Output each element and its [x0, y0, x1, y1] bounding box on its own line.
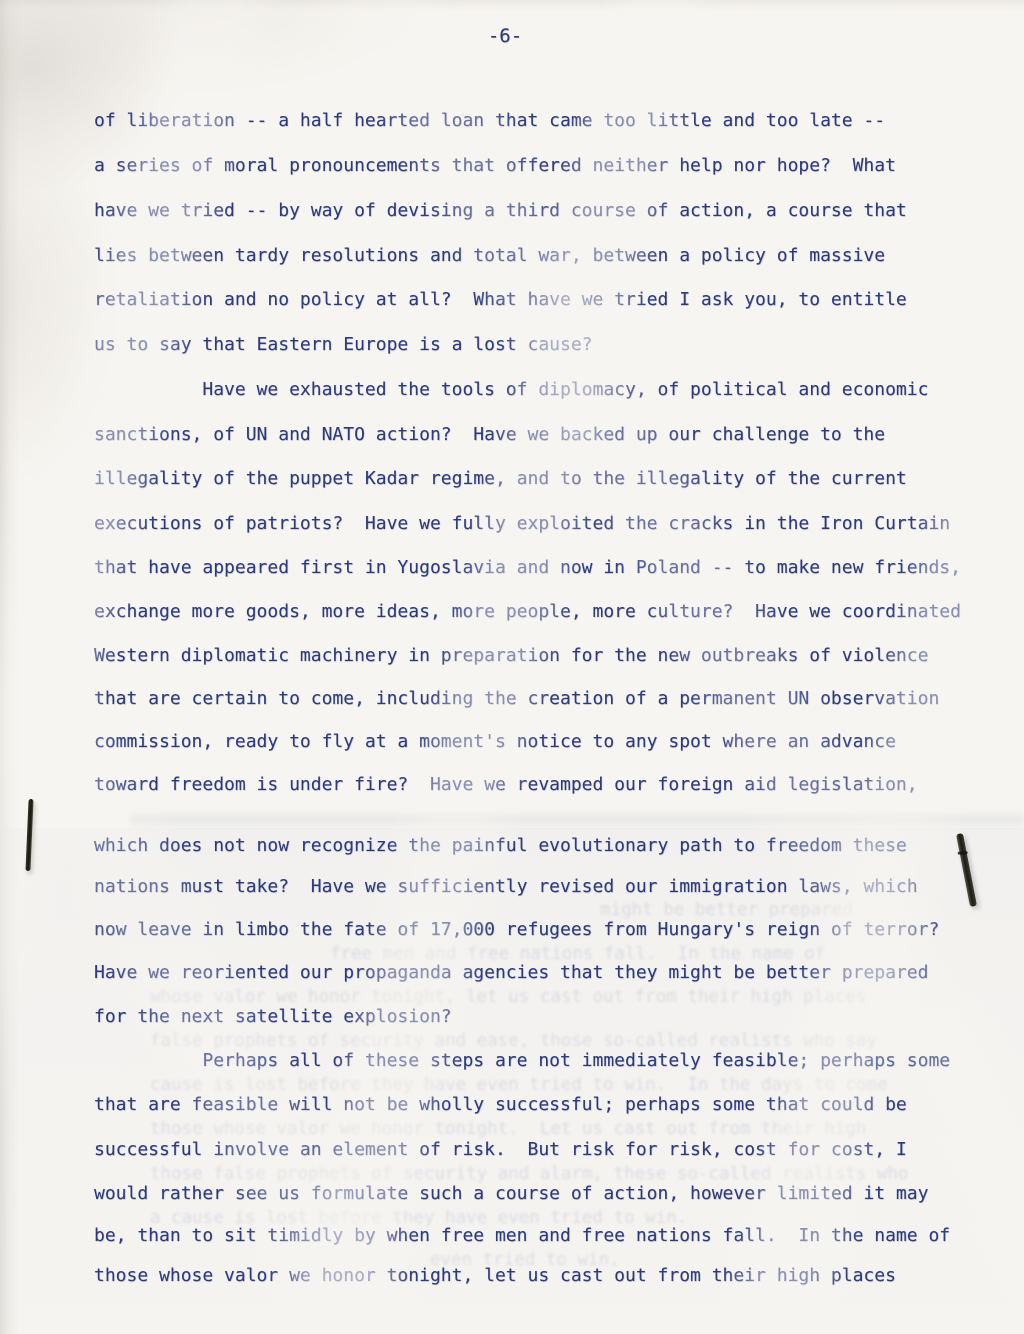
bleedthrough-ghost-line: those false prophets of security and ala…: [150, 1163, 909, 1185]
typed-line: Have we exhausted the tools of diplomacy…: [94, 379, 928, 401]
typed-line: which does not now recognize the painful…: [94, 835, 907, 857]
staple-right-icon: [956, 833, 977, 907]
typed-line: sanctions, of UN and NATO action? Have w…: [94, 424, 885, 446]
typed-line: us to say that Eastern Europe is a lost …: [94, 334, 593, 356]
typed-line: would rather see us formulate such a cou…: [94, 1183, 928, 1205]
typed-line: executions of patriots? Have we fully ex…: [94, 513, 950, 535]
photo-seam-lower-tint: [0, 828, 1024, 1334]
typed-line: retaliation and no policy at all? What h…: [94, 289, 907, 311]
typed-line: toward freedom is under fire? Have we re…: [94, 774, 918, 796]
typed-line: have we tried -- by way of devising a th…: [94, 200, 907, 222]
typed-line: that are certain to come, including the …: [94, 688, 939, 710]
typed-line: Western diplomatic machinery in preparat…: [94, 645, 928, 667]
page-number: -6-: [0, 25, 1010, 47]
bleedthrough-ghost-line: might be better prepared: [600, 899, 853, 921]
typed-line: that have appeared first in Yugoslavia a…: [94, 557, 961, 579]
bleedthrough-ghost-line: cause is lost before they have even trie…: [150, 1074, 888, 1096]
bleedthrough-ghost-line: whose valor we honor tonight, let us cas…: [150, 986, 866, 1008]
typed-line: lies between tardy resolutions and total…: [94, 245, 885, 267]
bleedthrough-ghost-line: those whose valor we honor tonight. Let …: [150, 1118, 866, 1140]
typed-line: illegality of the puppet Kadar regime, a…: [94, 468, 907, 490]
typed-line: be, than to sit timidly by when free men…: [94, 1225, 950, 1247]
typed-line: of liberation -- a half hearted loan tha…: [94, 110, 885, 132]
typed-line: that are feasible will not be wholly suc…: [94, 1094, 907, 1116]
typed-line: now leave in limbo the fate of 17,000 re…: [94, 919, 939, 941]
typed-line: commission, ready to fly at a moment's n…: [94, 731, 896, 753]
typed-line: exchange more goods, more ideas, more pe…: [94, 601, 961, 623]
typed-line: Perhaps all of these steps are not immed…: [94, 1050, 950, 1072]
document-page: -6- of liberation -- a half hearted loan…: [0, 0, 1024, 1334]
bleedthrough-ghost-line: false prophets of security and ease, tho…: [150, 1030, 877, 1052]
typed-line: successful involve an element of risk. B…: [94, 1139, 907, 1161]
typed-line: for the next satellite explosion?: [94, 1006, 452, 1028]
typed-line: Have we reoriented our propaganda agenci…: [94, 962, 928, 984]
typed-line: those whose valor we honor tonight, let …: [94, 1265, 896, 1287]
photo-seam-band: [130, 810, 1024, 830]
typed-line: nations must take? Have we sufficiently …: [94, 876, 918, 898]
typed-line: a series of moral pronouncements that of…: [94, 155, 896, 177]
staple-left-icon: [25, 799, 33, 871]
